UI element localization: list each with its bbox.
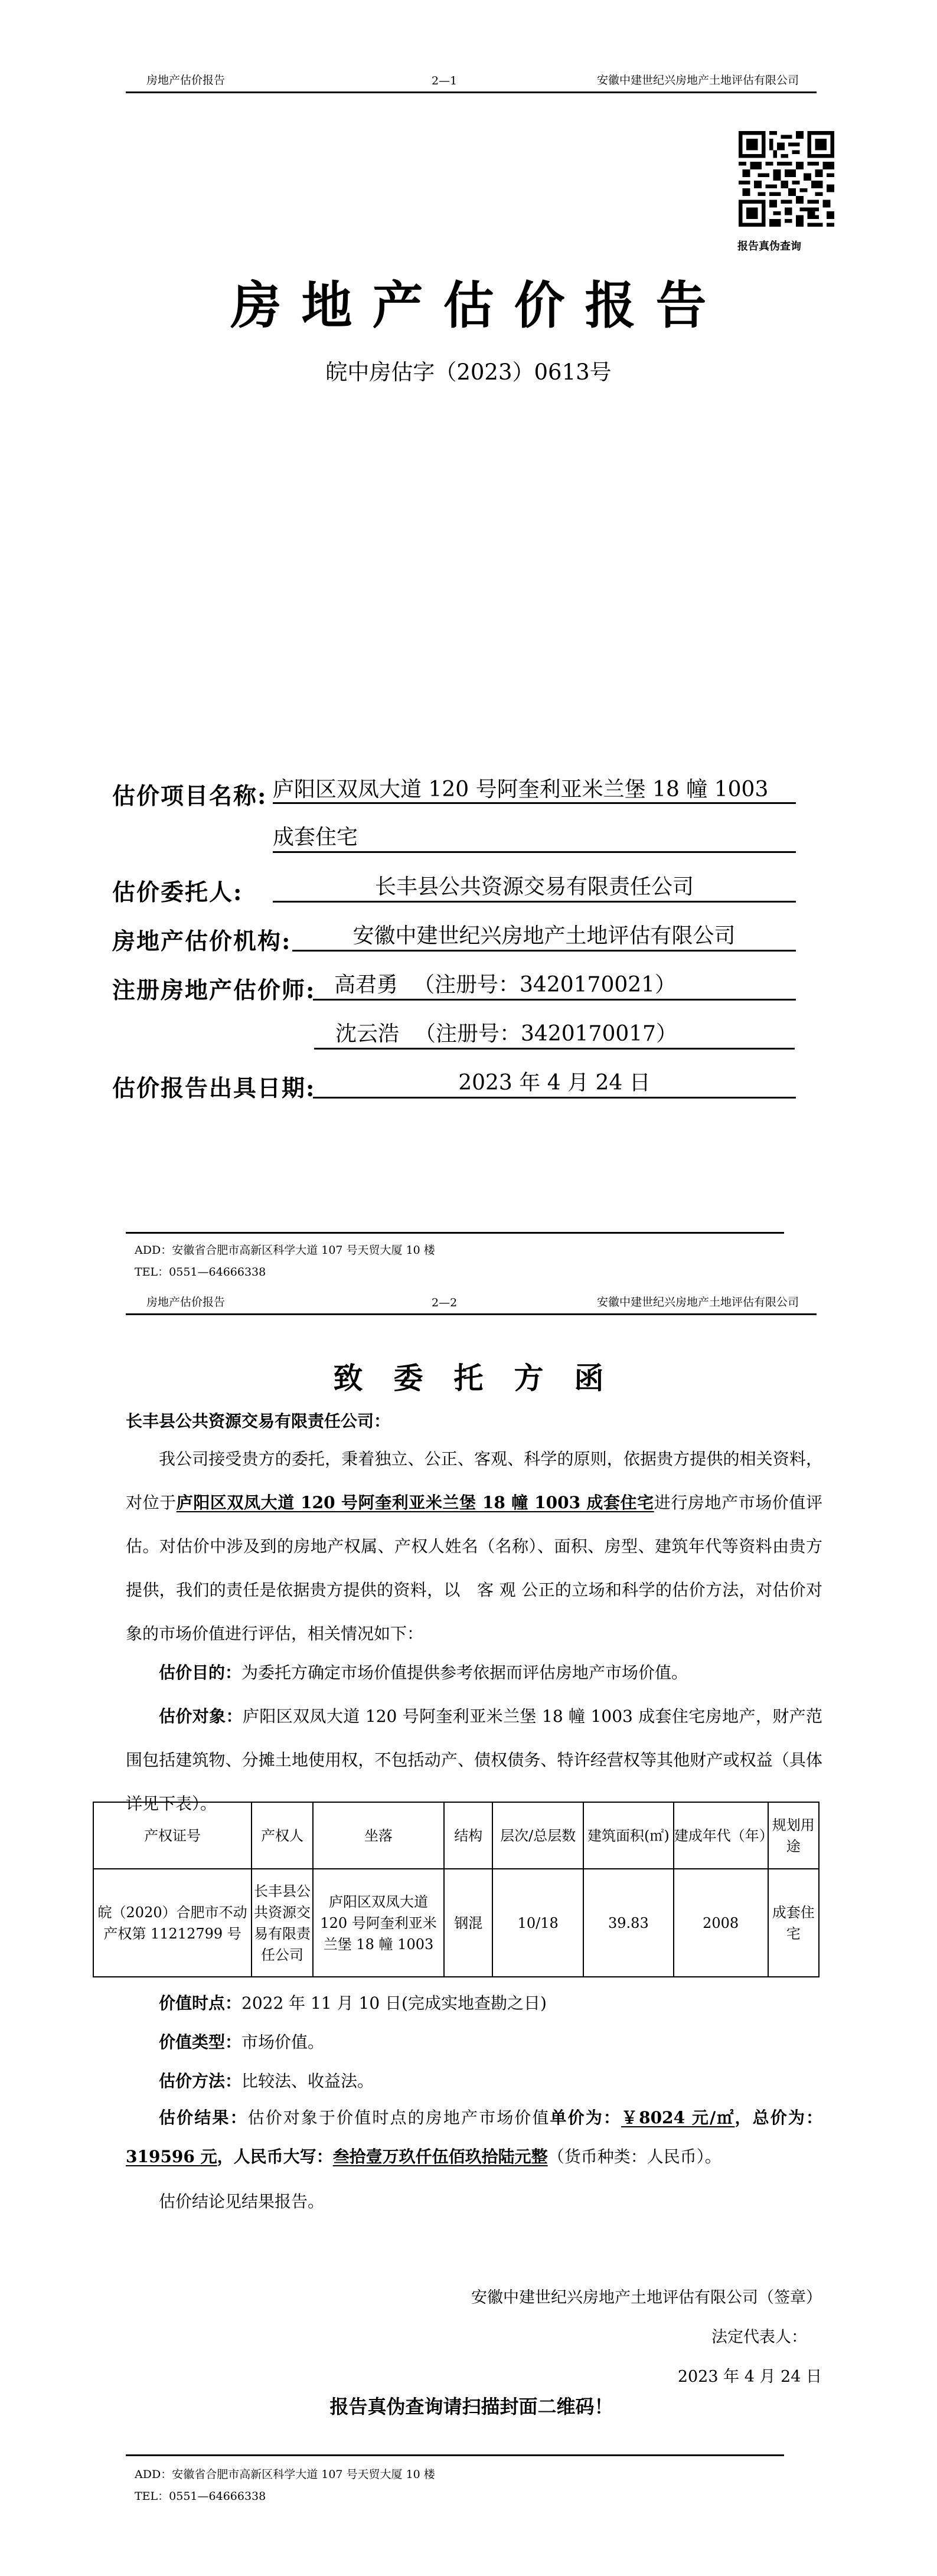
result-label: 估价结果： [159, 2108, 248, 2127]
appraiser-label: 注册房地产估价师: [112, 972, 315, 1005]
col-cert-no: 产权证号 [93, 1802, 252, 1869]
cell-location: 庐阳区双凤大道 120 号阿奎利亚米兰堡 18 幢 1003 [313, 1869, 444, 1977]
header-rule [126, 1313, 817, 1315]
client-value: 长丰县公共资源交易有限责任公司 [273, 872, 796, 903]
appraiser-1: 高君勇（注册号：3420170021） [313, 970, 796, 1001]
purpose-paragraph: 估价目的：为委托方确定市场价值提供参考依据而评估房地产市场价值。 [126, 1651, 822, 1695]
object-label: 估价对象： [159, 1707, 243, 1726]
col-built-year: 建成年代（年） [674, 1802, 768, 1869]
appraiser-2-name: 沈云浩 [335, 1022, 399, 1046]
agency-label: 房地产估价机构: [112, 923, 291, 956]
method-text: 比较法、收益法。 [241, 2071, 374, 2091]
value-date-text: 2022 年 11 月 10 日(完成实地查勘之日) [241, 1993, 547, 2013]
col-area: 建筑面积(㎡) [583, 1802, 674, 1869]
col-usage: 规划用途 [768, 1802, 819, 1869]
footer-rule [126, 2454, 784, 2456]
unit-price-label: 单价为： [550, 2108, 621, 2127]
unit-price-value: ￥8024 元/㎡ [621, 2108, 734, 2127]
header-company: 安徽中建世纪兴房地产土地评估有限公司 [597, 71, 799, 87]
result-paragraph: 估价结果：估价对象于价值时点的房地产市场价值单价为：￥8024 元/㎡，总价为：… [126, 2098, 822, 2176]
conclusion-paragraph: 估价结论见结果报告。 [126, 2180, 822, 2224]
appraiser-2: 沈云浩（注册号：3420170017） [314, 1019, 795, 1050]
cell-cert-no: 皖（2020）合肥市不动产权第 11212799 号 [93, 1869, 252, 1977]
value-type-label: 价值类型： [159, 2032, 241, 2052]
value-type-text: 市场价值。 [241, 2032, 324, 2052]
letter-title: 致委托方函 [0, 1355, 937, 1397]
verify-note: 报告真伪查询请扫描封面二维码！ [0, 2392, 937, 2419]
intro-after: 进行房地产市场价值评估。对估价中涉及到的房地产权属、产权人姓名（名称）、面积、房… [126, 1493, 822, 1643]
salutation: 长丰县公共资源交易有限责任公司： [126, 1405, 822, 1438]
property-table: 产权证号 产权人 坐落 结构 层次/总层数 建筑面积(㎡) 建成年代（年） 规划… [93, 1802, 820, 1977]
project-name-value: 庐阳区双凤大道 120 号阿奎利亚米兰堡 18 幢 1003 [273, 773, 796, 804]
value-type-paragraph: 价值类型：市场价值。 [126, 2021, 822, 2064]
header-doc-type: 房地产估价报告 [146, 71, 225, 87]
purpose-label: 估价目的： [159, 1663, 241, 1682]
table-row: 皖（2020）合肥市不动产权第 11212799 号 长丰县公共资源交易有限责任… [93, 1869, 819, 1977]
project-name-value-line2: 成套住宅 [273, 822, 796, 853]
document-number: 皖中房估字（2023）0613号 [0, 354, 937, 386]
agency-value: 安徽中建世纪兴房地产土地评估有限公司 [292, 921, 796, 952]
page-header: 房地产估价报告 2—1 安徽中建世纪兴房地产土地评估有限公司 [126, 70, 817, 93]
table-header-row: 产权证号 产权人 坐落 结构 层次/总层数 建筑面积(㎡) 建成年代（年） 规划… [93, 1802, 819, 1869]
appraiser-2-reg: （注册号：3420170017） [414, 1022, 677, 1046]
header-page-number: 2—1 [432, 74, 457, 87]
col-owner: 产权人 [252, 1802, 313, 1869]
value-date-paragraph: 价值时点：2022 年 11 月 10 日(完成实地查勘之日) [126, 1982, 822, 2025]
rmb-upper-label: ，人民币大写： [217, 2147, 333, 2166]
rmb-upper-value: 叁拾壹万玖仟伍佰玖拾陆元整 [333, 2147, 548, 2166]
report-date-label: 估价报告出具日期: [112, 1070, 315, 1103]
method-paragraph: 估价方法：比较法、收益法。 [126, 2060, 822, 2103]
cell-floor: 10/18 [492, 1869, 583, 1977]
header-rule [126, 91, 817, 93]
signature-company: 安徽中建世纪兴房地产土地评估有限公司（签章） [471, 2284, 822, 2307]
header-page-number: 2—2 [432, 1296, 457, 1309]
purpose-text: 为委托方确定市场价值提供参考依据而评估房地产市场价值。 [241, 1663, 688, 1682]
appraiser-1-name: 高君勇 [334, 973, 398, 997]
footer-address: ADD：安徽省合肥市高新区科学大道 107 号天贸大厦 10 楼 [135, 1241, 435, 1257]
col-floor: 层次/总层数 [492, 1802, 583, 1869]
col-structure: 结构 [444, 1802, 492, 1869]
project-name-label: 估价项目名称: [112, 778, 267, 811]
cell-structure: 钢混 [444, 1869, 492, 1977]
appraiser-1-reg: （注册号：3420170021） [413, 973, 676, 997]
footer-phone: TEL：0551—64666338 [135, 1263, 266, 1279]
client-label: 估价委托人: [112, 874, 243, 907]
legal-representative: 法定代表人： [711, 2324, 807, 2347]
cell-usage: 成套住宅 [768, 1869, 819, 1977]
report-date-value: 2023 年 4 月 24 日 [313, 1068, 796, 1099]
intro-object: 庐阳区双凤大道 120 号阿奎利亚米兰堡 18 幢 1003 成套住宅 [177, 1493, 654, 1512]
col-location: 坐落 [313, 1802, 444, 1869]
cell-area: 39.83 [583, 1869, 674, 1977]
cell-owner: 长丰县公共资源交易有限责任公司 [252, 1869, 313, 1977]
qr-code-icon[interactable] [739, 131, 834, 227]
total-price-value: 319596 元 [126, 2147, 217, 2166]
project-name-line1: 庐阳区双凤大道 120 号阿奎利亚米兰堡 18 幢 1003 [273, 777, 768, 802]
header-doc-type: 房地产估价报告 [146, 1293, 225, 1309]
page-header: 房地产估价报告 2—2 安徽中建世纪兴房地产土地评估有限公司 [126, 1292, 817, 1315]
intro-paragraph: 我公司接受贵方的委托，秉着独立、公正、客观、科学的原则，依据贵方提供的相关资料，… [126, 1437, 822, 1656]
header-company: 安徽中建世纪兴房地产土地评估有限公司 [597, 1293, 799, 1309]
cell-built-year: 2008 [674, 1869, 768, 1977]
qr-code-label: 报告真伪查询 [737, 238, 801, 253]
footer-address: ADD：安徽省合肥市高新区科学大道 107 号天贸大厦 10 楼 [135, 2466, 435, 2482]
currency-note: （货币种类：人民币）。 [548, 2147, 721, 2166]
footer-phone: TEL：0551—64666338 [135, 2487, 266, 2503]
value-date-label: 价值时点： [159, 1993, 241, 2013]
signature-date: 2023 年 4 月 24 日 [678, 2363, 822, 2387]
method-label: 估价方法： [159, 2071, 241, 2091]
report-title: 房地产估价报告 [0, 264, 937, 338]
footer-rule [126, 1232, 784, 1234]
result-text: 估价对象于价值时点的房地产市场价值 [248, 2108, 550, 2127]
total-price-label: ，总价为： [735, 2108, 822, 2127]
project-name-line2: 成套住宅 [273, 825, 358, 849]
